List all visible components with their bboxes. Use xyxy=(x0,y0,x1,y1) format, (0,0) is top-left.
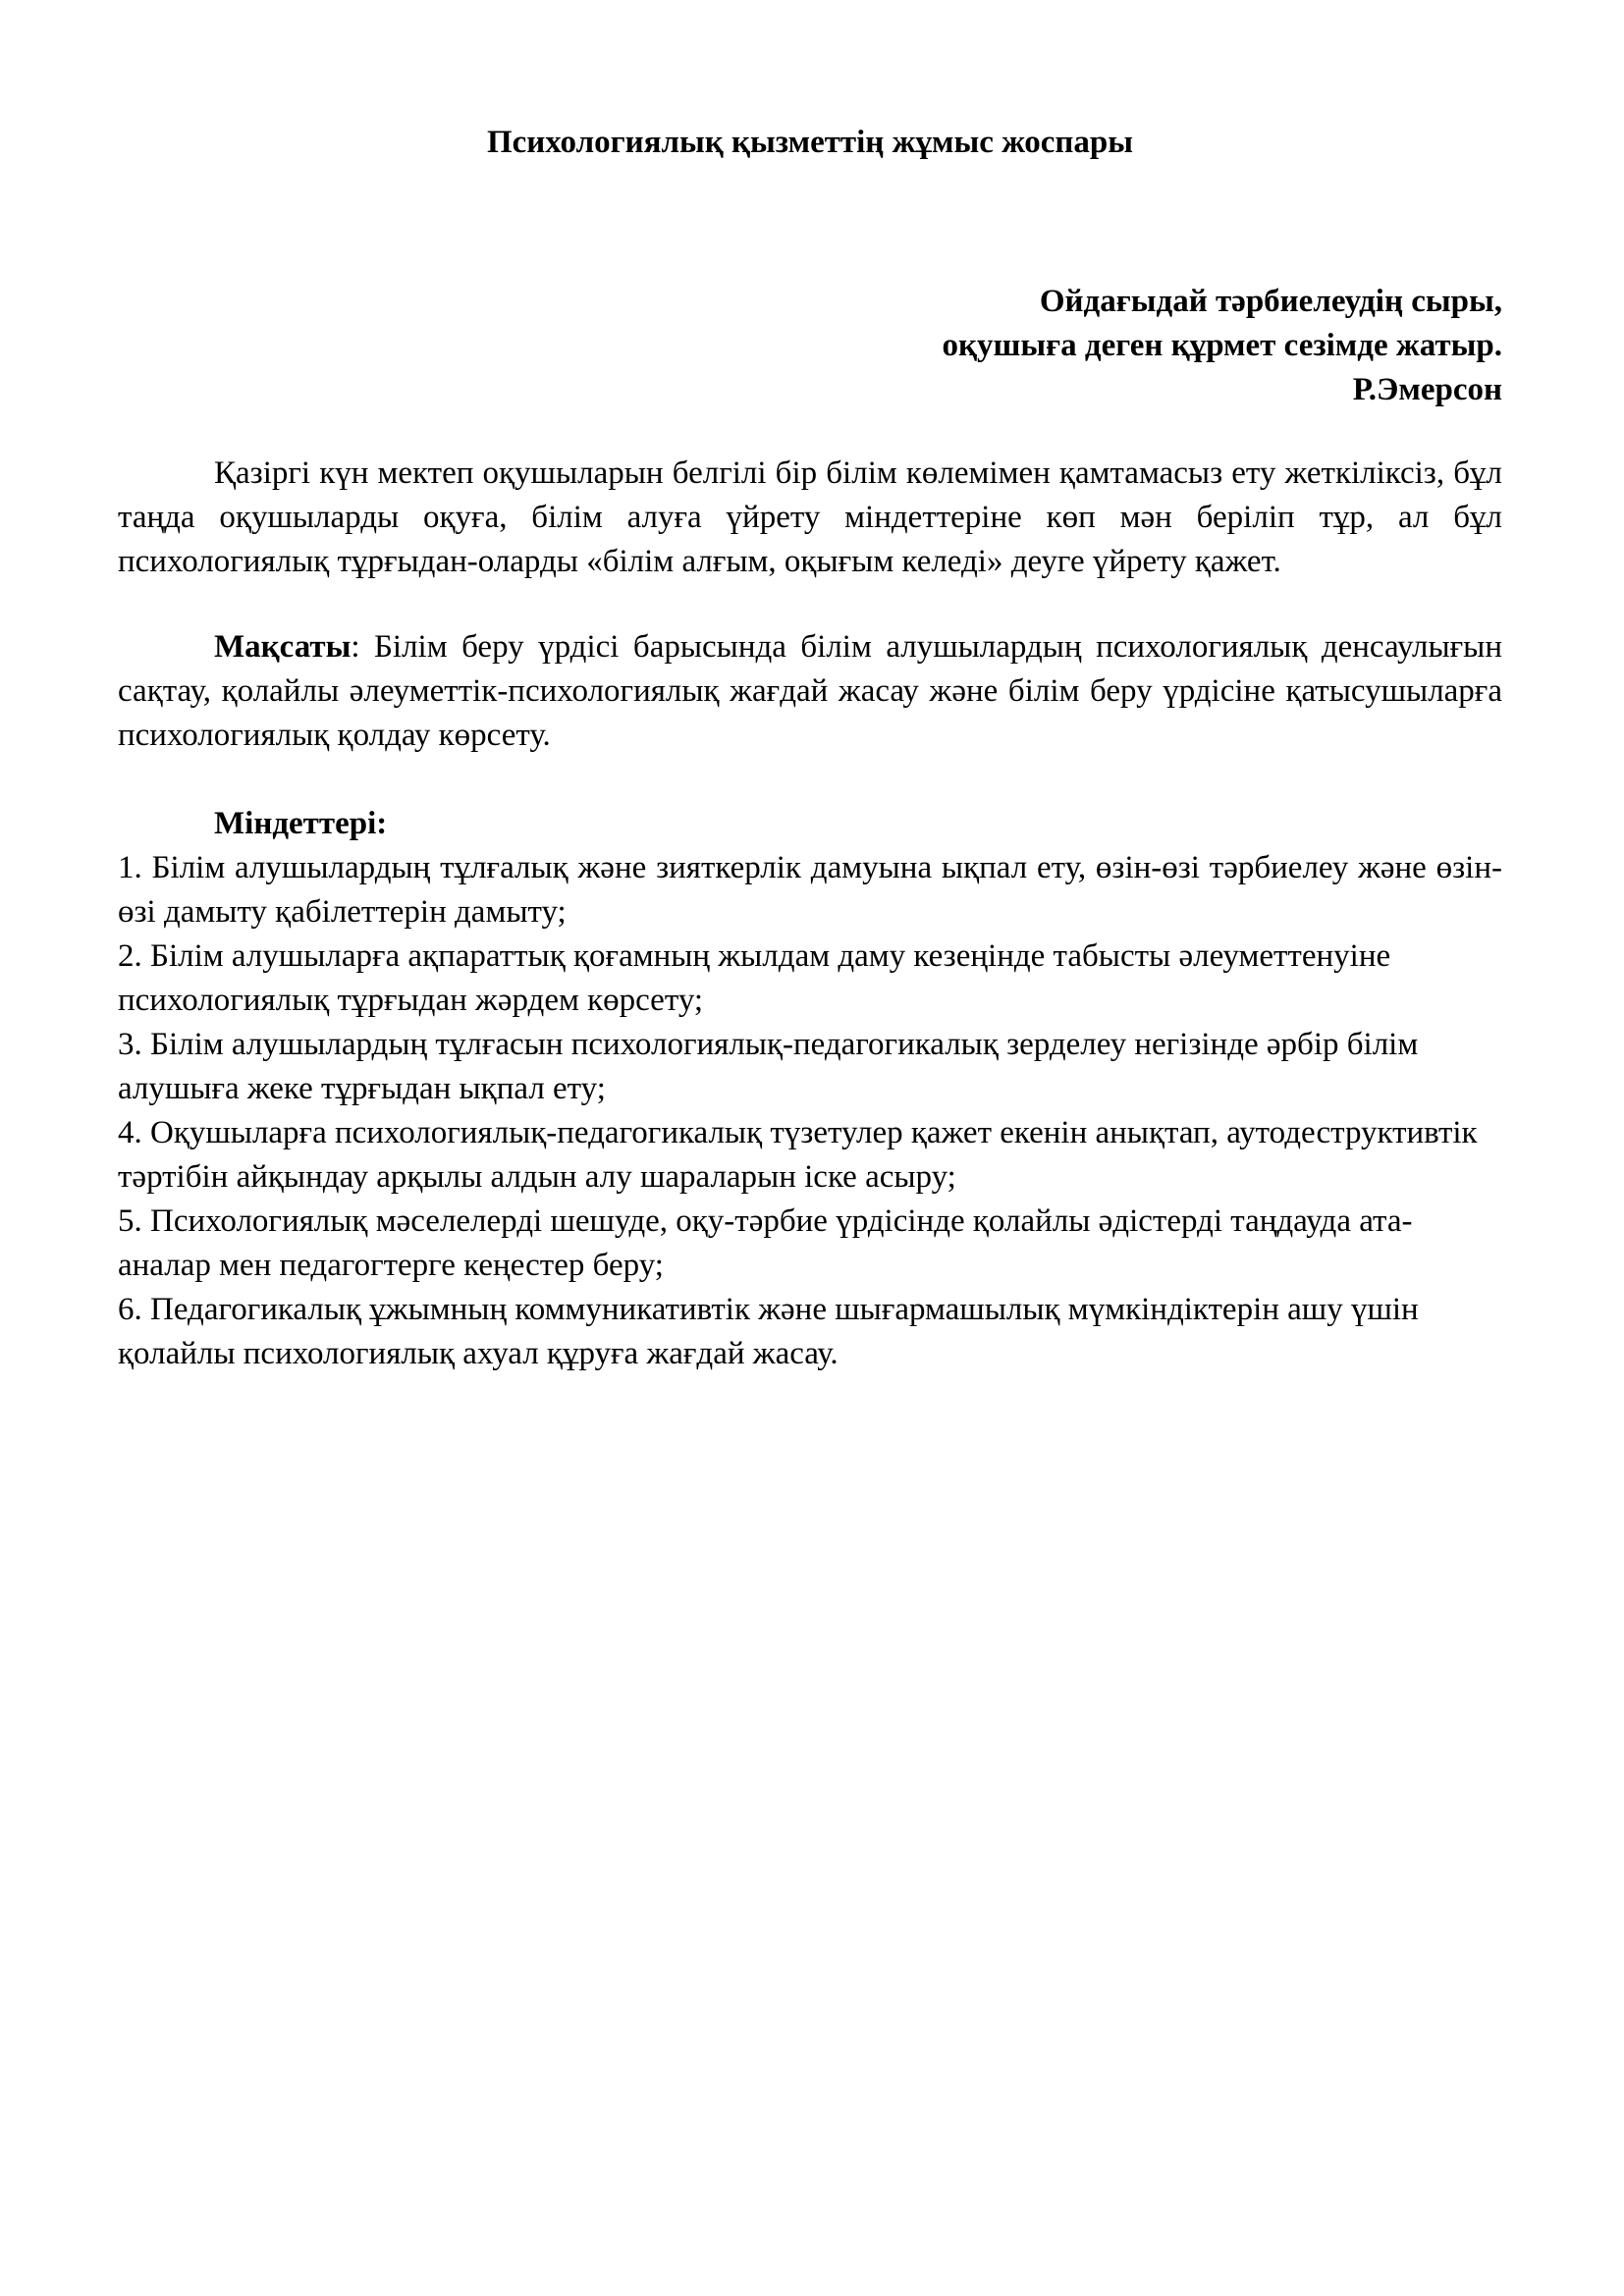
epigraph: Ойдағыдай тәрбиелеудің сыры, оқушыға дег… xyxy=(118,280,1502,412)
page-title: Психологиялық қызметтің жұмыс жоспары xyxy=(118,121,1502,165)
intro-paragraph: Қазіргі күн мектеп оқушыларын белгілі бі… xyxy=(118,452,1502,584)
goal-label: Мақсаты xyxy=(214,629,351,665)
task-item-4: 4. Оқушыларға психологиялық-педагогикалы… xyxy=(118,1111,1502,1200)
epigraph-line-2: оқушыға деген құрмет сезімде жатыр. xyxy=(118,324,1502,368)
task-item-2: 2. Білім алушыларға ақпараттық қоғамның … xyxy=(118,934,1502,1023)
task-item-3: 3. Білім алушылардың тұлғасын психология… xyxy=(118,1023,1502,1111)
tasks-heading: Міндеттері: xyxy=(118,802,1502,846)
epigraph-line-1: Ойдағыдай тәрбиелеудің сыры, xyxy=(118,280,1502,324)
goal-paragraph: Мақсаты: Білім беру үрдісі барысында біл… xyxy=(118,625,1502,758)
epigraph-author: Р.Эмерсон xyxy=(118,368,1502,412)
document-page: Психологиялық қызметтің жұмыс жоспары Ой… xyxy=(0,0,1624,2296)
task-item-5: 5. Психологиялық мәселелерді шешуде, оқу… xyxy=(118,1200,1502,1288)
task-item-6: 6. Педагогикалық ұжымның коммуникативтік… xyxy=(118,1288,1502,1376)
tasks-list: 1. Білім алушылардың тұлғалық және зиятк… xyxy=(118,846,1502,1376)
task-item-1: 1. Білім алушылардың тұлғалық және зиятк… xyxy=(118,846,1502,934)
